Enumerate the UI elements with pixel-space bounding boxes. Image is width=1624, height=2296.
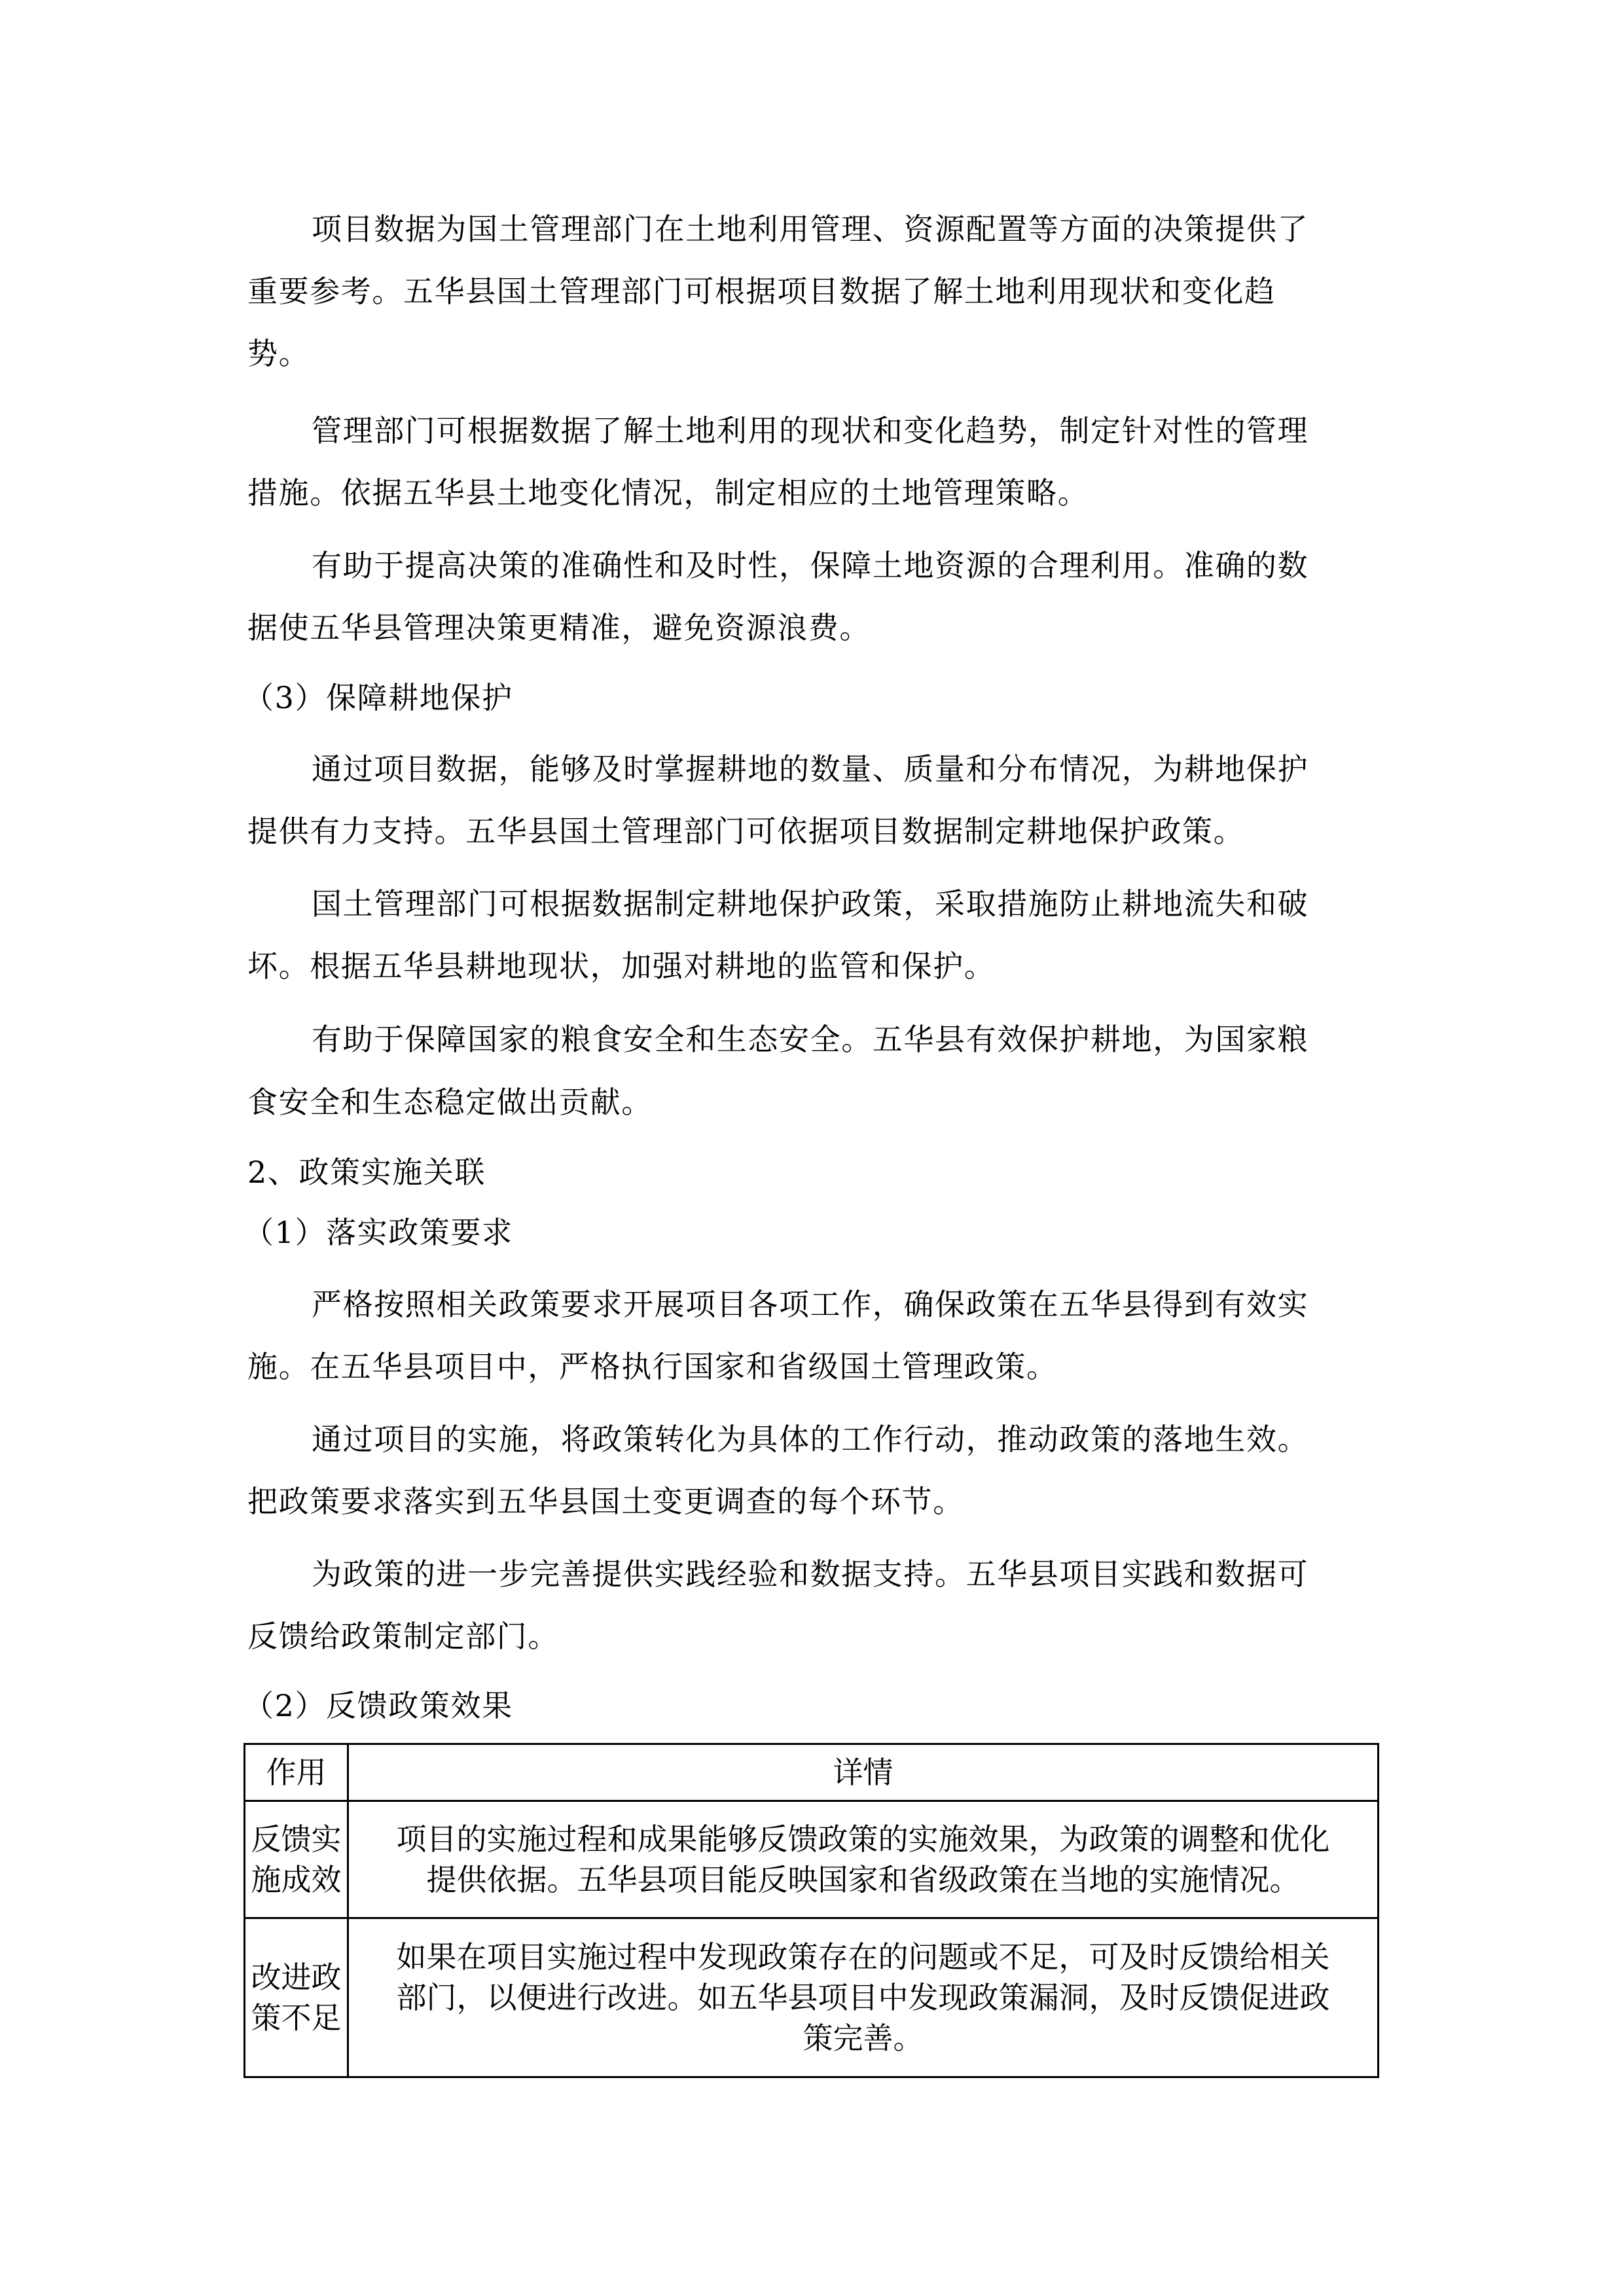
cell-text-line: 部门，以便进行改进。如五华县项目中发现政策漏洞，及时反馈促进政: [353, 1977, 1373, 2018]
cell-text-line: 策完善。: [353, 2018, 1373, 2058]
paragraph-line: 严格按照相关政策要求开展项目各项工作，确保政策在五华县得到有效实: [312, 1286, 1308, 1323]
paragraph-line: 重要参考。五华县国土管理部门可根据项目数据了解土地利用现状和变化趋: [247, 273, 1276, 310]
paragraph-line: 势。: [247, 335, 310, 372]
paragraph-line: 把政策要求落实到五华县国土变更调查的每个环节。: [247, 1483, 964, 1520]
paragraph-line: 施。在五华县项目中，严格执行国家和省级国土管理政策。: [247, 1348, 1058, 1385]
paragraph-line: 食安全和生态稳定做出贡献。: [247, 1084, 653, 1121]
cell-text-line: 如果在项目实施过程中发现政策存在的问题或不足，可及时反馈给相关: [353, 1937, 1373, 1977]
table-row: 改进政 策不足 如果在项目实施过程中发现政策存在的问题或不足，可及时反馈给相关 …: [245, 1918, 1379, 2077]
paragraph-line: 国土管理部门可根据数据制定耕地保护政策，采取措施防止耕地流失和破: [312, 886, 1308, 922]
paragraph-line: 有助于提高决策的准确性和及时性，保障土地资源的合理利用。准确的数: [312, 547, 1308, 584]
paragraph-line: 据使五华县管理决策更精准，避免资源浪费。: [247, 609, 871, 646]
table-cell-detail: 如果在项目实施过程中发现政策存在的问题或不足，可及时反馈给相关 部门，以便进行改…: [348, 1918, 1379, 2077]
paragraph-line: 反馈给政策制定部门。: [247, 1618, 559, 1655]
cell-text-line: 改进政: [249, 1957, 343, 1998]
cell-text-line: 施成效: [249, 1859, 343, 1900]
cell-text-line: 反馈实: [249, 1819, 343, 1859]
table-header-detail: 详情: [348, 1744, 1379, 1801]
table-cell-role: 反馈实 施成效: [245, 1801, 348, 1918]
paragraph-line: 管理部门可根据数据了解土地利用的现状和变化趋势，制定针对性的管理: [312, 412, 1308, 449]
table-cell-detail: 项目的实施过程和成果能够反馈政策的实施效果，为政策的调整和优化 提供依据。五华县…: [348, 1801, 1379, 1918]
paragraph-line: 有助于保障国家的粮食安全和生态安全。五华县有效保护耕地，为国家粮: [312, 1021, 1308, 1058]
document-page: 项目数据为国土管理部门在土地利用管理、资源配置等方面的决策提供了 重要参考。五华…: [0, 0, 1624, 2296]
table-row: 反馈实 施成效 项目的实施过程和成果能够反馈政策的实施效果，为政策的调整和优化 …: [245, 1801, 1379, 1918]
table-cell-role: 改进政 策不足: [245, 1918, 348, 2077]
paragraph-line: 措施。依据五华县土地变化情况，制定相应的土地管理策略。: [247, 475, 1089, 511]
cell-text-line: 策不足: [249, 1998, 343, 2038]
cell-text-line: 提供依据。五华县项目能反映国家和省级政策在当地的实施情况。: [353, 1859, 1373, 1900]
section-heading-3: （3）保障耕地保护: [244, 679, 513, 716]
table-header-row: 作用 详情: [245, 1744, 1379, 1801]
section-heading-1: （1）落实政策要求: [244, 1214, 513, 1251]
paragraph-line: 项目数据为国土管理部门在土地利用管理、资源配置等方面的决策提供了: [312, 211, 1308, 247]
section-heading-2-sub: （2）反馈政策效果: [244, 1687, 513, 1724]
policy-feedback-table: 作用 详情 反馈实 施成效 项目的实施过程和成果能够反馈政策的实施效果，为政策的…: [244, 1743, 1379, 2078]
section-heading-2: 2、政策实施关联: [247, 1154, 486, 1191]
table-header-role: 作用: [245, 1744, 348, 1801]
paragraph-line: 通过项目数据，能够及时掌握耕地的数量、质量和分布情况，为耕地保护: [312, 751, 1308, 787]
paragraph-line: 坏。根据五华县耕地现状，加强对耕地的监管和保护。: [247, 948, 995, 984]
paragraph-line: 提供有力支持。五华县国土管理部门可依据项目数据制定耕地保护政策。: [247, 813, 1244, 850]
paragraph-line: 为政策的进一步完善提供实践经验和数据支持。五华县项目实践和数据可: [312, 1556, 1308, 1592]
cell-text-line: 项目的实施过程和成果能够反馈政策的实施效果，为政策的调整和优化: [353, 1819, 1373, 1859]
paragraph-line: 通过项目的实施，将政策转化为具体的工作行动，推动政策的落地生效。: [312, 1421, 1308, 1458]
